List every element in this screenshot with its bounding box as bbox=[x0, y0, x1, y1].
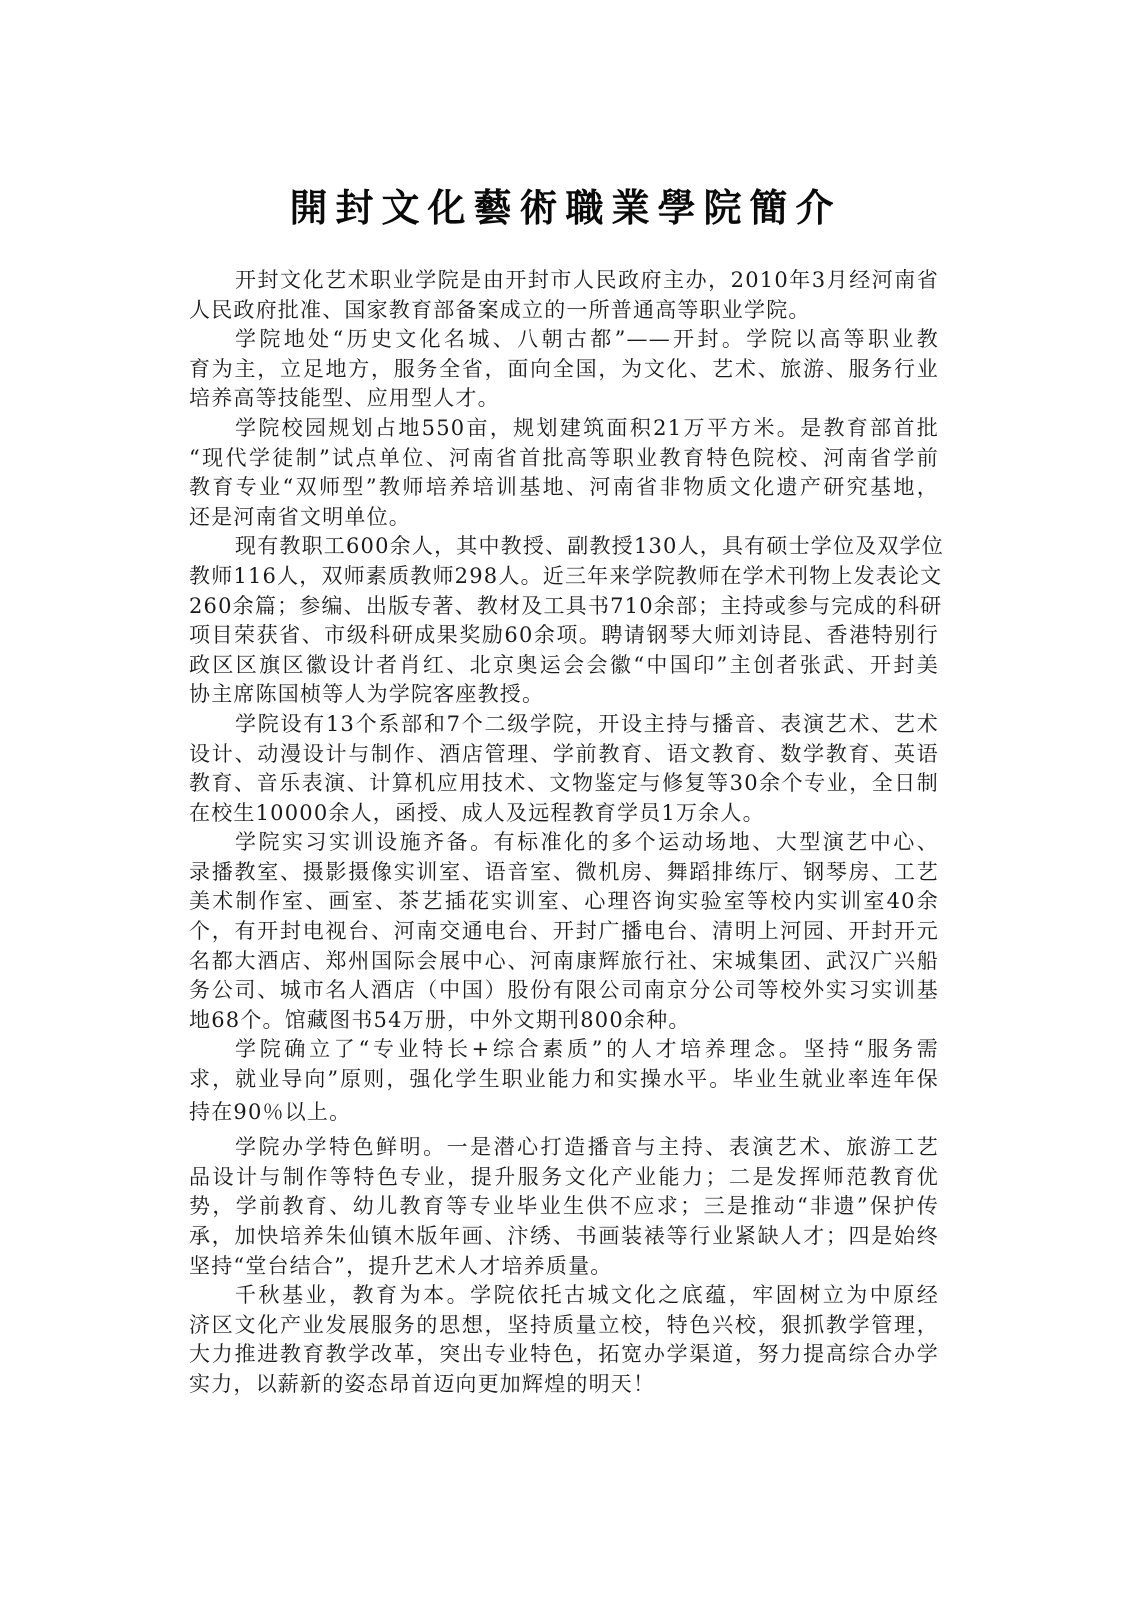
text-line: 学院办学特色鲜明。一是潜心打造播音与主持、表演艺术、旅游工艺 bbox=[189, 1133, 939, 1163]
text-line: 教育、音乐表演、计算机应用技术、文物鉴定与修复等30余个专业，全日制 bbox=[189, 769, 939, 799]
text-line: 千秋基业，教育为本。学院依托古城文化之底蕴，牢固树立为中原经 bbox=[189, 1281, 939, 1311]
text-line: 学院地处“历史文化名城、八朝古都”——开封。学院以高等职业教 bbox=[189, 325, 939, 355]
text-line: 持在90％以上。 bbox=[189, 1098, 939, 1128]
text-line: 在校生10000余人，函授、成人及远程教育学员1万余人。 bbox=[189, 799, 939, 829]
text-line: 开封文化艺术职业学院是由开封市人民政府主办，2010年3月经河南省 bbox=[189, 266, 939, 296]
text-line: 设计、动漫设计与制作、酒店管理、学前教育、语文教育、数学教育、英语 bbox=[189, 740, 939, 770]
text-line: 势，学前教育、幼儿教育等专业毕业生供不应求；三是推动“非遗”保护传 bbox=[189, 1192, 939, 1222]
text-line: 录播教室、摄影摄像实训室、语音室、微机房、舞蹈排练厅、钢琴房、工艺 bbox=[189, 858, 939, 888]
text-line: 260余篇；参编、出版专著、教材及工具书710余部；主持或参与完成的科研 bbox=[189, 592, 939, 622]
text-line: 政区区旗区徽设计者肖红、北京奥运会会徽“中国印”主创者张武、开封美 bbox=[189, 651, 939, 681]
text-line: “现代学徒制”试点单位、河南省首批高等职业教育特色院校、河南省学前 bbox=[189, 444, 939, 474]
text-line: 学院确立了“专业特长+综合素质”的人才培养理念。坚持“服务需 bbox=[189, 1035, 939, 1065]
text-line: 个，有开封电视台、河南交通电台、开封广播电台、清明上河园、开封开元 bbox=[189, 917, 939, 947]
paragraph-7: 学院确立了“专业特长+综合素质”的人才培养理念。坚持“服务需 求，就业导向”原则… bbox=[189, 1035, 939, 1127]
paragraph-6: 学院实习实训设施齐备。有标准化的多个运动场地、大型演艺中心、 录播教室、摄影摄像… bbox=[189, 828, 939, 1035]
paragraph-5: 学院设有13个系部和7个二级学院，开设主持与播音、表演艺术、艺术 设计、动漫设计… bbox=[189, 710, 939, 828]
text-line: 项目荣获省、市级科研成果奖励60余项。聘请钢琴大师刘诗昆、香港特别行 bbox=[189, 621, 939, 651]
paragraph-8: 学院办学特色鲜明。一是潜心打造播音与主持、表演艺术、旅游工艺 品设计与制作等特色… bbox=[189, 1133, 939, 1281]
paragraph-3: 学院校园规划占地550亩，规划建筑面积21万平方米。是教育部首批 “现代学徒制”… bbox=[189, 414, 939, 532]
text-line: 协主席陈国桢等人为学院客座教授。 bbox=[189, 680, 939, 710]
text-line: 求，就业导向”原则，强化学生职业能力和实操水平。毕业生就业率连年保 bbox=[189, 1065, 939, 1095]
text-line: 美术制作室、画室、茶艺插花实训室、心理咨询实验室等校内实训室40余 bbox=[189, 887, 939, 917]
text-line: 育为主，立足地方，服务全省，面向全国，为文化、艺术、旅游、服务行业 bbox=[189, 355, 939, 385]
text-line: 还是河南省文明单位。 bbox=[189, 503, 939, 533]
text-line: 教育专业“双师型”教师培养培训基地、河南省非物质文化遗产研究基地， bbox=[189, 473, 939, 503]
text-line: 名都大酒店、郑州国际会展中心、河南康辉旅行社、宋城集团、武汉广兴船 bbox=[189, 947, 939, 977]
text-line: 教师116人，双师素质教师298人。近三年来学院教师在学术刊物上发表论文 bbox=[189, 562, 939, 592]
paragraph-2: 学院地处“历史文化名城、八朝古都”——开封。学院以高等职业教 育为主，立足地方，… bbox=[189, 325, 939, 414]
text-line: 承，加快培养朱仙镇木版年画、汴绣、书画装裱等行业紧缺人才；四是始终 bbox=[189, 1222, 939, 1252]
document-page: 開封文化藝術職業學院簡介 开封文化艺术职业学院是由开封市人民政府主办，2010年… bbox=[0, 0, 1131, 1600]
document-title: 開封文化藝術職業學院簡介 bbox=[0, 183, 1131, 233]
text-line: 实力，以薪新的姿态昂首迈向更加辉煌的明天！ bbox=[189, 1370, 939, 1400]
text-line: 大力推进教育教学改革，突出专业特色，拓宽办学渠道，努力提高综合办学 bbox=[189, 1340, 939, 1370]
text-line: 培养高等技能型、应用型人才。 bbox=[189, 384, 939, 414]
paragraph-4: 现有教职工600余人，其中教授、副教授130人，具有硕士学位及双学位 教师116… bbox=[189, 532, 939, 710]
text-line: 坚持“堂台结合”，提升艺术人才培养质量。 bbox=[189, 1252, 939, 1282]
text-line: 济区文化产业发展服务的思想，坚持质量立校，特色兴校，狠抓教学管理， bbox=[189, 1311, 939, 1341]
text-line: 品设计与制作等特色专业，提升服务文化产业能力；二是发挥师范教育优 bbox=[189, 1163, 939, 1193]
text-line: 学院实习实训设施齐备。有标准化的多个运动场地、大型演艺中心、 bbox=[189, 828, 939, 858]
text-line: 人民政府批准、国家教育部备案成立的一所普通高等职业学院。 bbox=[189, 296, 939, 326]
document-body: 开封文化艺术职业学院是由开封市人民政府主办，2010年3月经河南省 人民政府批准… bbox=[189, 266, 939, 1400]
paragraph-1: 开封文化艺术职业学院是由开封市人民政府主办，2010年3月经河南省 人民政府批准… bbox=[189, 266, 939, 325]
text-line: 现有教职工600余人，其中教授、副教授130人，具有硕士学位及双学位 bbox=[189, 532, 939, 562]
text-line: 学院校园规划占地550亩，规划建筑面积21万平方米。是教育部首批 bbox=[189, 414, 939, 444]
text-line: 务公司、城市名人酒店（中国）股份有限公司南京分公司等校外实习实训基 bbox=[189, 976, 939, 1006]
text-line: 地68个。馆藏图书54万册，中外文期刊800余种。 bbox=[189, 1006, 939, 1036]
text-line: 学院设有13个系部和7个二级学院，开设主持与播音、表演艺术、艺术 bbox=[189, 710, 939, 740]
paragraph-9: 千秋基业，教育为本。学院依托古城文化之底蕴，牢固树立为中原经 济区文化产业发展服… bbox=[189, 1281, 939, 1399]
